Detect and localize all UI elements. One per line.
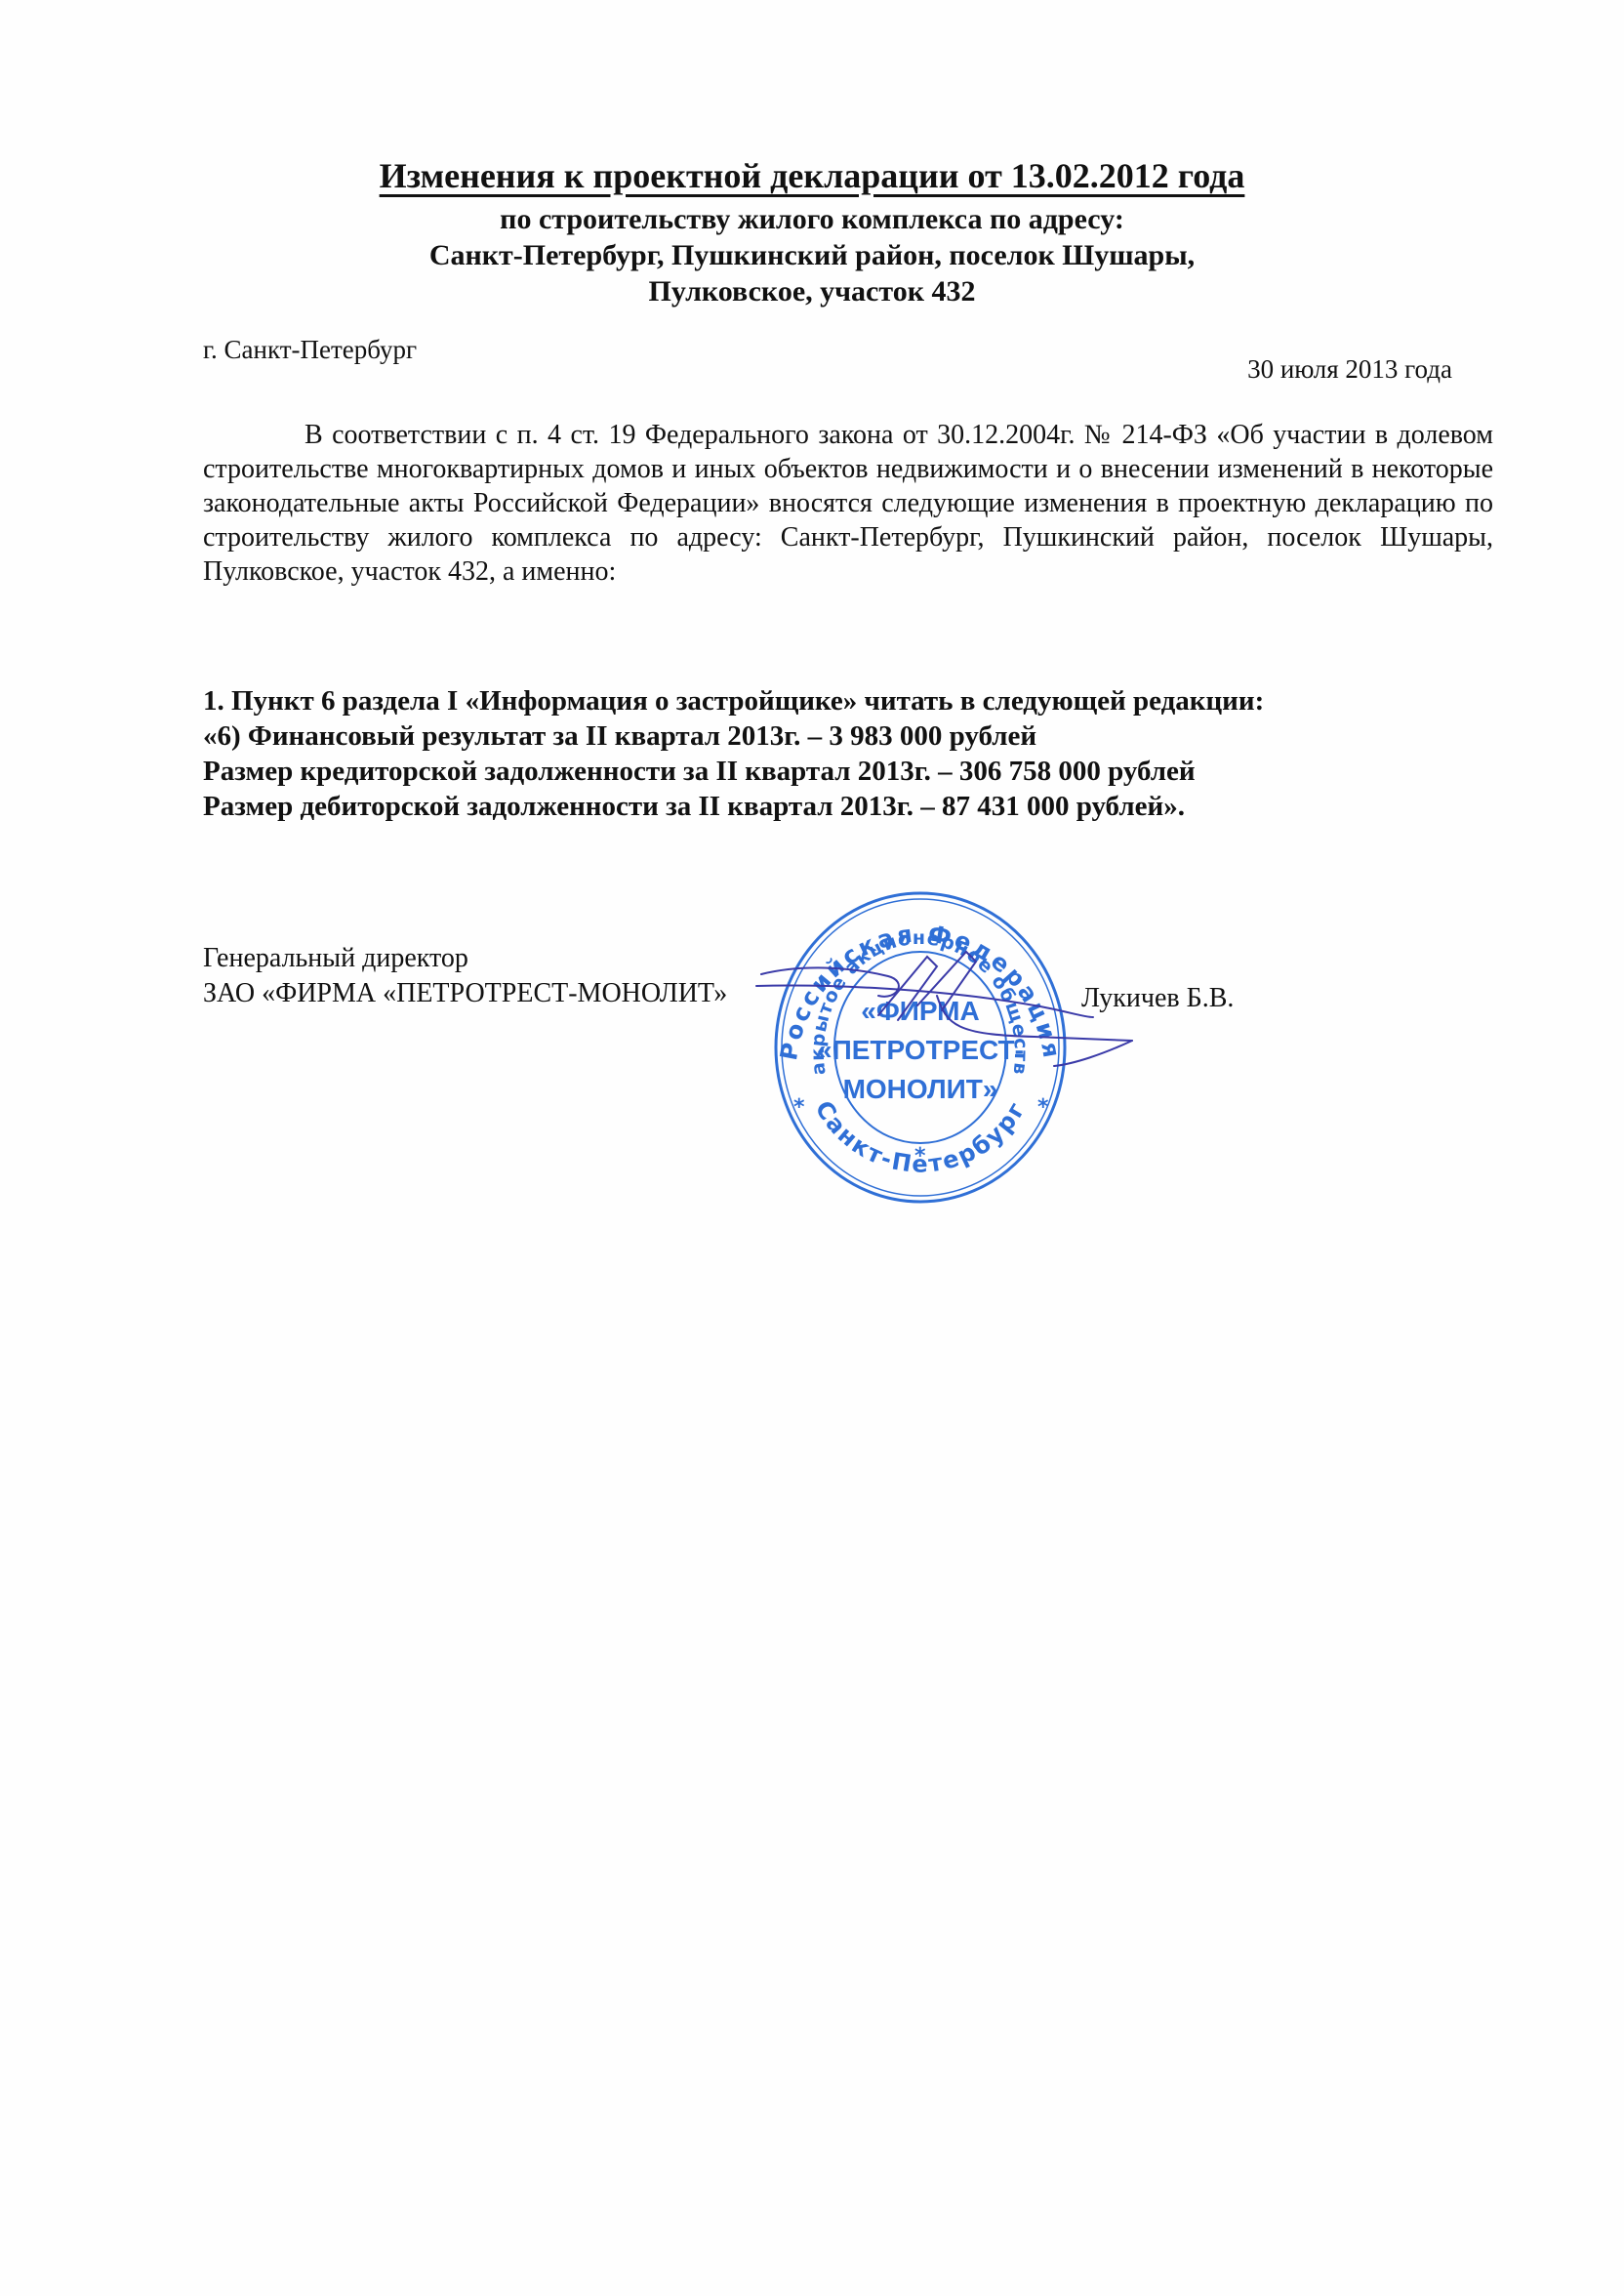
amendment-line: 1. Пункт 6 раздела I «Информация о застр… (203, 683, 1264, 718)
document-title: Изменения к проектной декларации от 13.0… (0, 154, 1624, 197)
subtitle-line: Санкт-Петербург, Пушкинский район, посел… (0, 237, 1624, 273)
amendment-line: Размер дебиторской задолженности за II к… (203, 789, 1264, 824)
document-date: 30 июля 2013 года (1247, 354, 1452, 385)
document-page: Изменения к проектной декларации от 13.0… (0, 0, 1624, 2296)
subtitle-line: по строительству жилого комплекса по адр… (0, 201, 1624, 237)
handwritten-signature (742, 947, 1152, 1084)
amendment-line: Размер кредиторской задолженности за II … (203, 754, 1264, 789)
subtitle-line: Пулковское, участок 432 (0, 273, 1624, 309)
stamp-star-icon: * (1037, 1095, 1049, 1120)
body-paragraph: В соответствии с п. 4 ст. 19 Федеральног… (203, 418, 1493, 589)
signatory-position: Генеральный директор (203, 941, 468, 976)
stamp-star-icon: * (793, 1095, 805, 1120)
signatory-company: ЗАО «ФИРМА «ПЕТРОТРЕСТ-МОНОЛИТ» (203, 976, 727, 1011)
stamp-star-icon: * (914, 1144, 926, 1168)
amendment-line: «6) Финансовый результат за II квартал 2… (203, 718, 1264, 754)
document-title-text: Изменения к проектной декларации от 13.0… (380, 156, 1245, 195)
document-city: г. Санкт-Петербург (203, 335, 417, 365)
amendment-block: 1. Пункт 6 раздела I «Информация о застр… (203, 683, 1264, 824)
